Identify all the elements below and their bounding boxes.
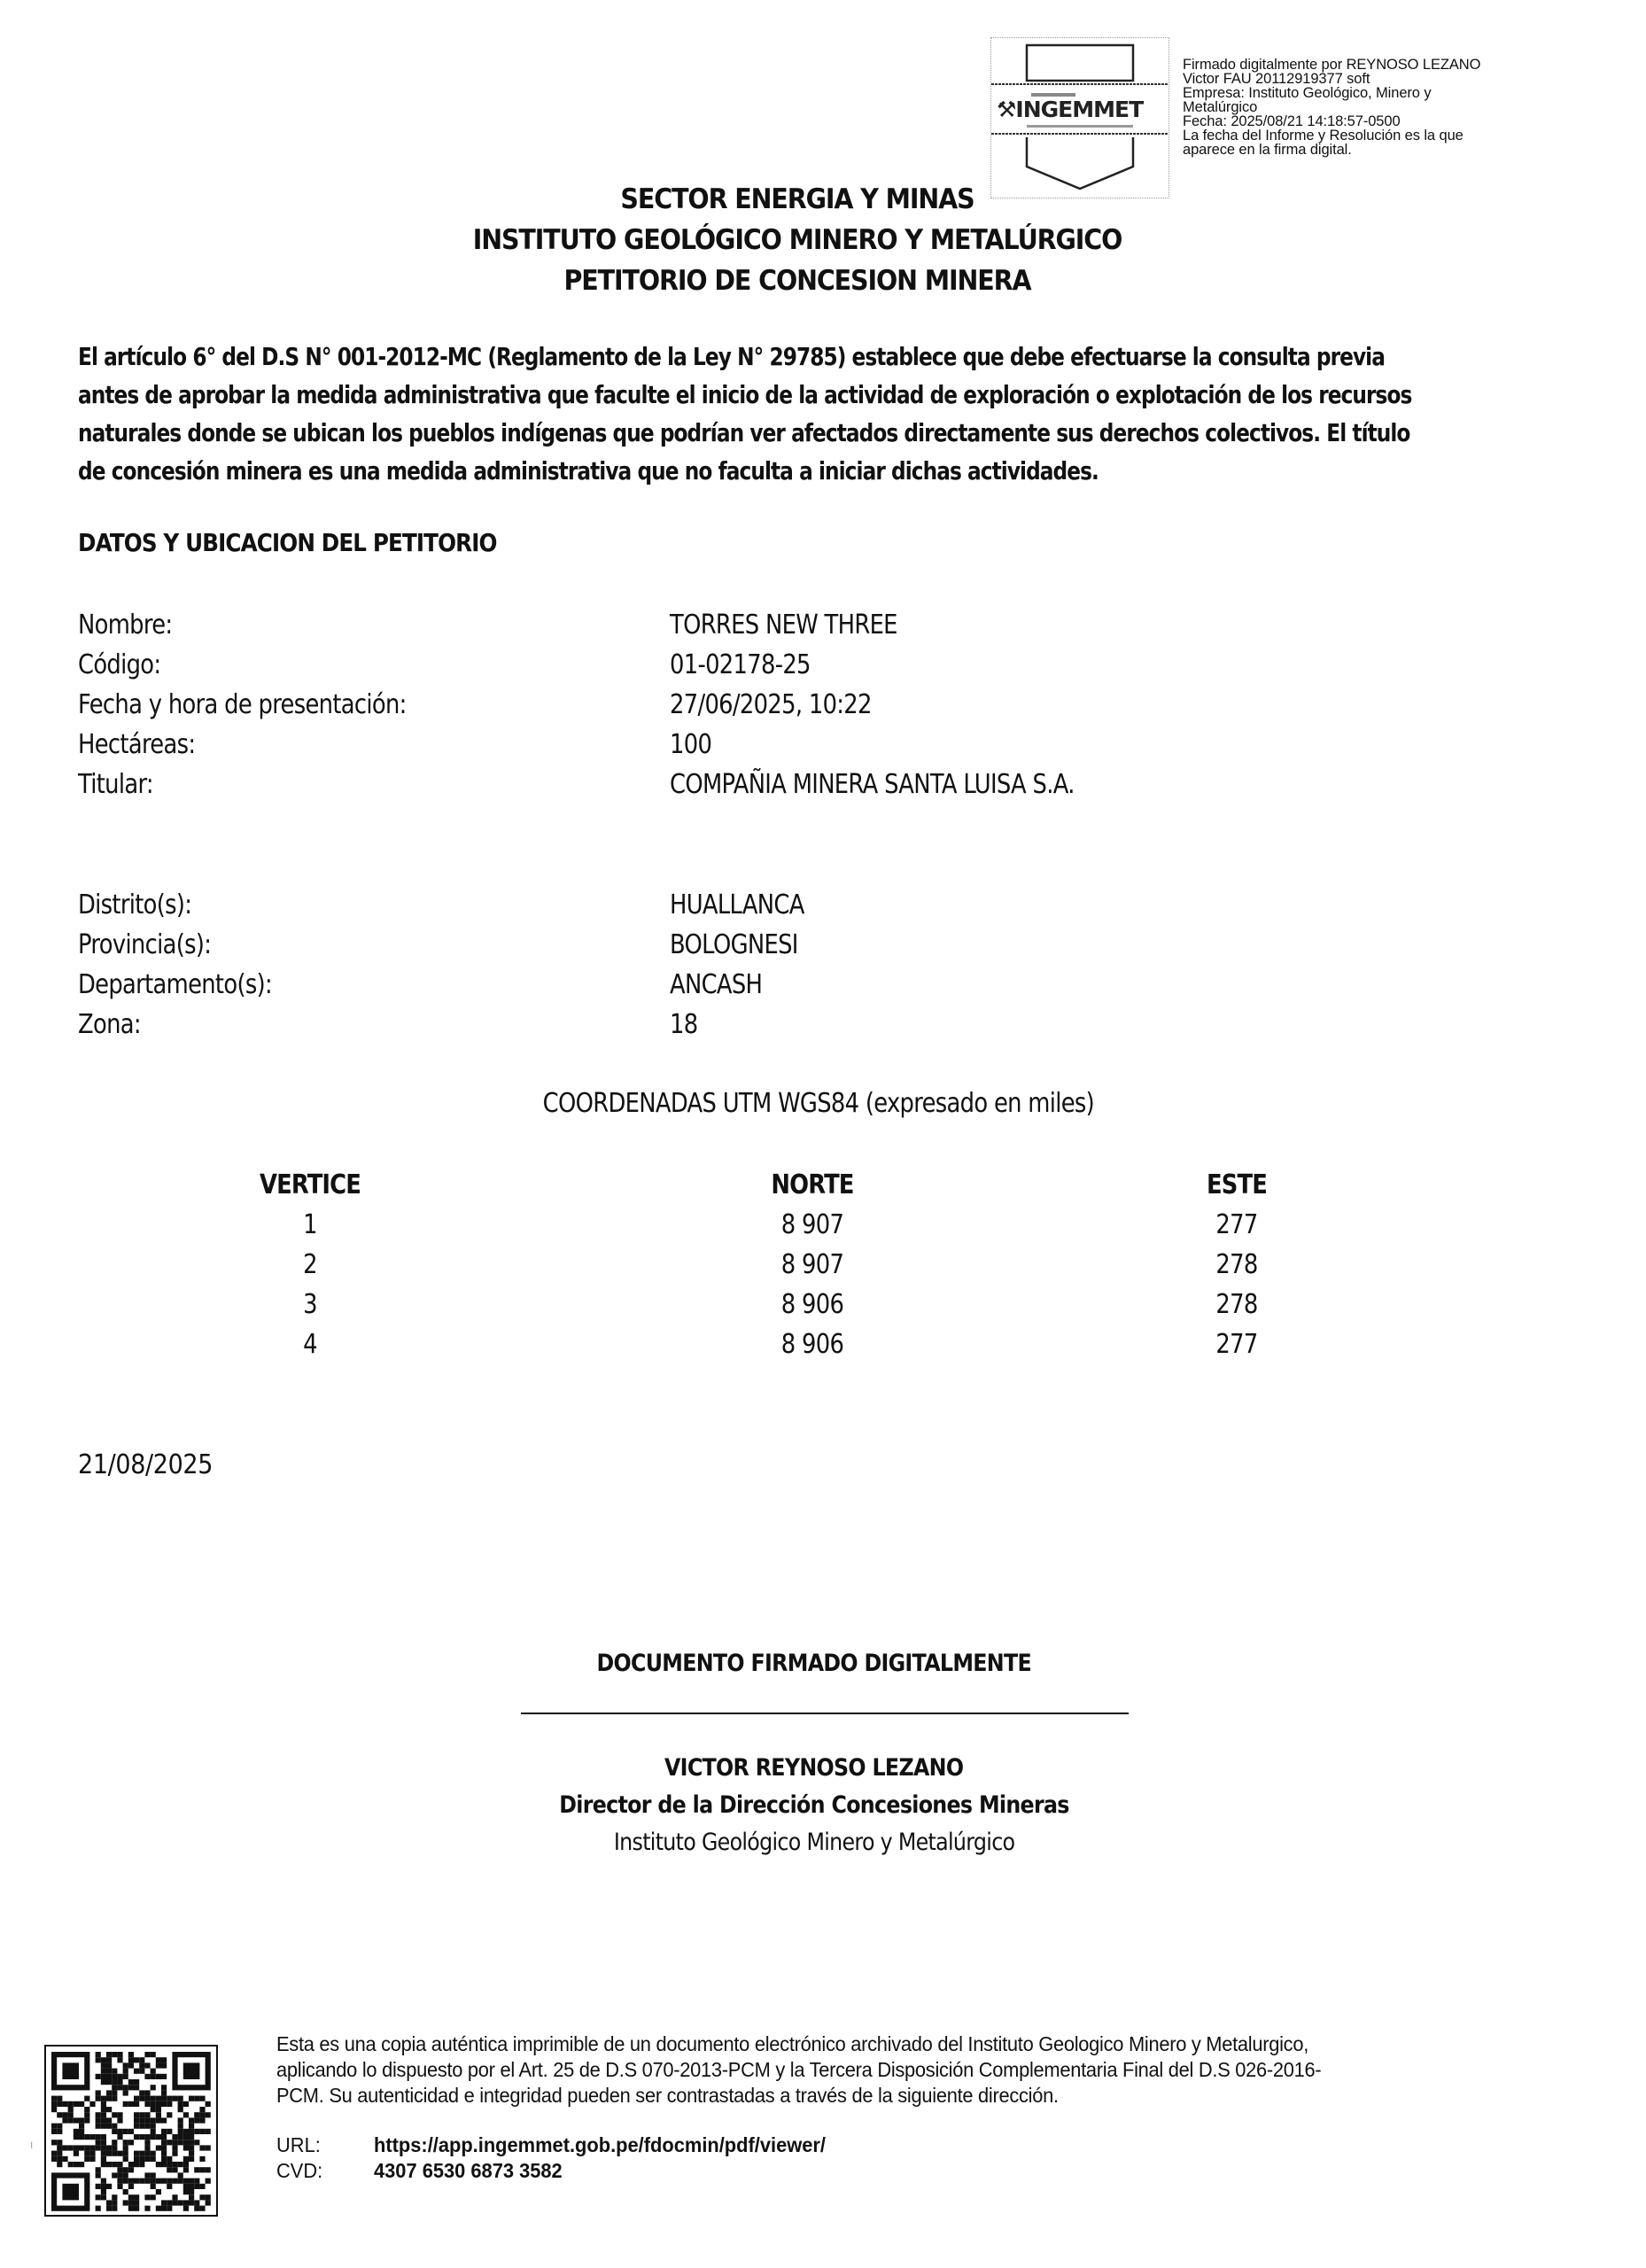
- signer-institution: Instituto Geológico Minero y Metalúrgico: [0, 1829, 1637, 1856]
- authenticity-notice: Esta es una copia auténtica imprimible d…: [276, 2031, 1623, 2109]
- vertex-cell: 3: [219, 1289, 401, 1320]
- north-cell: 8 906: [721, 1329, 904, 1360]
- province-label: Provincia(s):: [78, 929, 211, 960]
- signature-divider: [521, 1713, 1129, 1714]
- cvd-label: CVD:: [276, 2159, 322, 2183]
- signer-institution-text: Instituto Geológico Minero y Metalúrgico: [614, 1829, 1015, 1856]
- district-value: HUALLANCA: [670, 889, 804, 920]
- code-value: 01-02178-25: [670, 649, 811, 680]
- digital-signature-block: Firmado digitalmente por REYNOSO LEZANO …: [1183, 58, 1626, 157]
- east-cell: 278: [1145, 1249, 1328, 1280]
- intro-line: naturales donde se ubican los pueblos in…: [78, 415, 1351, 453]
- signed-heading: DOCUMENTO FIRMADO DIGITALMENTE: [0, 1650, 1637, 1677]
- submission-date-value: 27/06/2025, 10:22: [670, 689, 872, 720]
- signature-line: Empresa: Instituto Geológico, Minero y: [1183, 86, 1626, 100]
- coordinates-title-text: COORDENADAS UTM WGS84 (expresado en mile…: [543, 1088, 1094, 1119]
- intro-line: El artículo 6° del D.S N° 001-2012-MC (R…: [78, 338, 1351, 377]
- signer-role: Director de la Dirección Concesiones Min…: [0, 1791, 1637, 1819]
- submission-date-label: Fecha y hora de presentación:: [78, 689, 407, 720]
- signer-role-text: Director de la Dirección Concesiones Min…: [559, 1791, 1068, 1819]
- signature-line: Fecha: 2025/08/21 14:18:57-0500: [1183, 114, 1626, 128]
- name-label: Nombre:: [78, 610, 172, 641]
- col-header-vertex: VERTICE: [219, 1169, 401, 1200]
- notice-line: PCM. Su autenticidad e integridad pueden…: [276, 2083, 1529, 2109]
- signature-line: Firmado digitalmente por REYNOSO LEZANO: [1183, 58, 1626, 72]
- document-date: 21/08/2025: [78, 1449, 213, 1480]
- url-label: URL:: [276, 2133, 321, 2157]
- signature-line: La fecha del Informe y Resolución es la …: [1183, 128, 1626, 143]
- col-header-east: ESTE: [1145, 1169, 1328, 1200]
- province-value: BOLOGNESI: [670, 929, 798, 960]
- signature-line: aparece en la firma digital.: [1183, 143, 1626, 157]
- coordinates-title: COORDENADAS UTM WGS84 (expresado en mile…: [0, 1088, 1646, 1119]
- section-heading: DATOS Y UBICACION DEL PETITORIO: [78, 528, 497, 557]
- intro-line: antes de aprobar la medida administrativ…: [78, 377, 1351, 415]
- zone-label: Zona:: [78, 1009, 141, 1040]
- north-cell: 8 907: [721, 1249, 904, 1280]
- signature-line: Metalúrgico: [1183, 100, 1626, 114]
- vertex-cell: 2: [219, 1249, 401, 1280]
- ingemmet-logo-text: INGEMMET: [1015, 97, 1143, 122]
- institute-title: INSTITUTO GEOLÓGICO MINERO Y METALÚRGICO: [64, 224, 1531, 256]
- col-header-north: NORTE: [721, 1169, 904, 1200]
- department-label: Departamento(s):: [78, 969, 272, 1000]
- pickaxe-hammer-icon: ⚒: [997, 97, 1015, 122]
- sector-title: SECTOR ENERGIA Y MINAS: [64, 183, 1531, 215]
- district-label: Distrito(s):: [78, 889, 191, 920]
- signer-name: VICTOR REYNOSO LEZANO: [0, 1754, 1637, 1782]
- signer-name-text: VICTOR REYNOSO LEZANO: [664, 1754, 963, 1782]
- north-cell: 8 907: [721, 1209, 904, 1240]
- east-cell: 277: [1145, 1329, 1328, 1360]
- signed-heading-text: DOCUMENTO FIRMADO DIGITALMENTE: [597, 1650, 1032, 1677]
- intro-paragraph: El artículo 6° del D.S N° 001-2012-MC (R…: [78, 338, 1584, 491]
- qr-code-icon: [44, 2045, 218, 2217]
- signature-line: Victor FAU 20112919377 soft: [1183, 72, 1626, 86]
- notice-line: aplicando lo dispuesto por el Art. 25 de…: [276, 2057, 1529, 2083]
- intro-line: de concesión minera es una medida admini…: [78, 453, 1351, 491]
- scan-mark: ι: [30, 2137, 33, 2151]
- holder-label: Titular:: [78, 769, 153, 800]
- vertex-cell: 4: [219, 1329, 401, 1360]
- code-label: Código:: [78, 649, 160, 680]
- ingemmet-stamp: ⚒INGEMMET: [990, 37, 1169, 198]
- north-cell: 8 906: [721, 1289, 904, 1320]
- east-cell: 278: [1145, 1289, 1328, 1320]
- department-value: ANCASH: [670, 969, 762, 1000]
- vertex-cell: 1: [219, 1209, 401, 1240]
- hectares-label: Hectáreas:: [78, 729, 195, 760]
- holder-value: COMPAÑIA MINERA SANTA LUISA S.A.: [670, 769, 1075, 800]
- notice-line: Esta es una copia auténtica imprimible d…: [276, 2031, 1529, 2057]
- cvd-code: 4307 6530 6873 3582: [374, 2159, 563, 2183]
- east-cell: 277: [1145, 1209, 1328, 1240]
- document-title: PETITORIO DE CONCESION MINERA: [64, 265, 1531, 297]
- verification-url[interactable]: https://app.ingemmet.gob.pe/fdocmin/pdf/…: [374, 2133, 826, 2157]
- zone-value: 18: [670, 1009, 697, 1040]
- name-value: TORRES NEW THREE: [670, 610, 897, 641]
- hectares-value: 100: [670, 729, 711, 760]
